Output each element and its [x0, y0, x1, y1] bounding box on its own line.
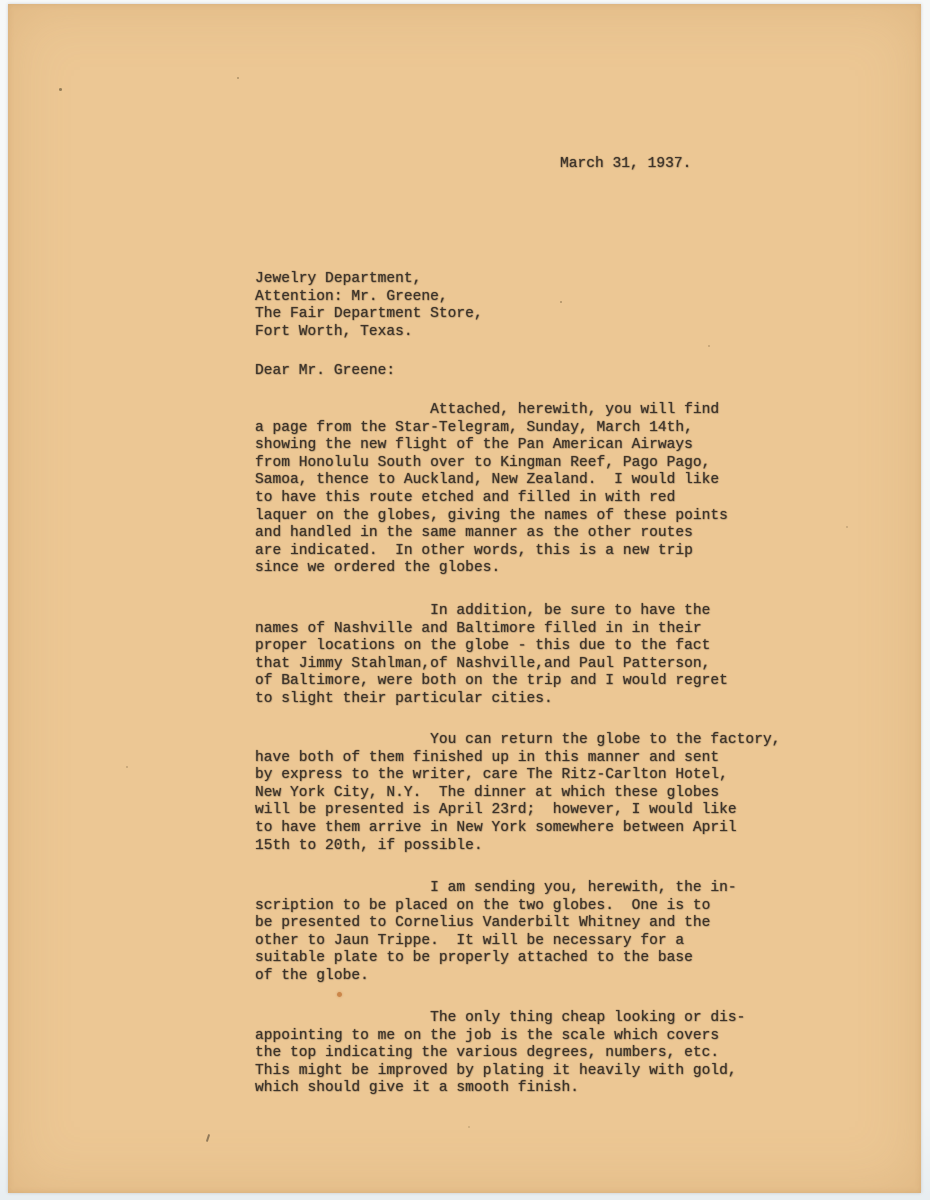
date-line: March 31, 1937.	[560, 156, 691, 174]
paper-speck	[708, 345, 710, 347]
paper-speck	[468, 1126, 470, 1128]
paragraph-3: You can return the globe to the factory,…	[255, 732, 780, 855]
paper-speck	[59, 88, 62, 91]
paragraph-4: I am sending you, herewith, the in- scri…	[255, 880, 737, 986]
paper-speck	[126, 766, 128, 768]
paper-speck	[237, 77, 239, 79]
salutation: Dear Mr. Greene:	[255, 363, 395, 381]
paper-speck-orange	[337, 992, 342, 997]
paragraph-1: Attached, herewith, you will find a page…	[255, 402, 728, 578]
stray-pen-mark	[206, 1134, 210, 1142]
letter-paper: March 31, 1937. Jewelry Department, Atte…	[8, 4, 921, 1193]
recipient-address: Jewelry Department, Attention: Mr. Green…	[255, 271, 483, 341]
paper-speck	[560, 301, 562, 303]
paragraph-5: The only thing cheap looking or dis- app…	[255, 1010, 745, 1098]
paper-speck	[846, 526, 848, 528]
paragraph-2: In addition, be sure to have the names o…	[255, 603, 728, 709]
